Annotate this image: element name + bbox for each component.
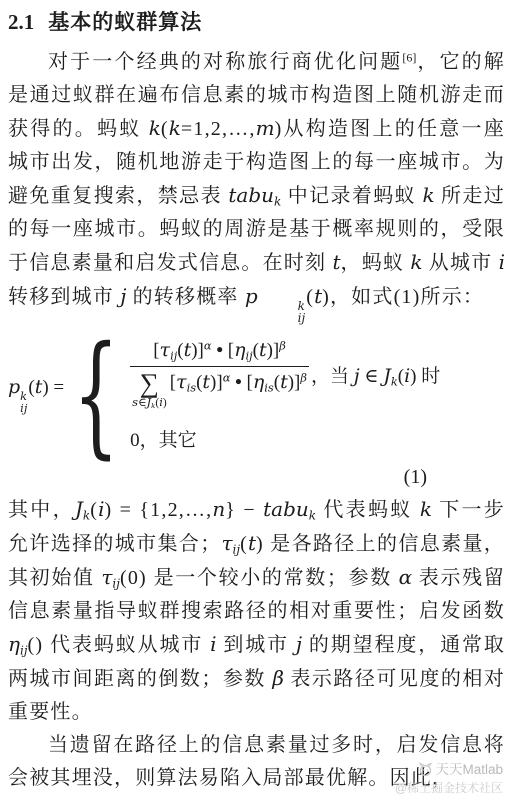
- sigma-symbol: ∑: [140, 371, 159, 395]
- paragraph-2: 其中，Jk(i) = {1,2,…,n} − tabuk 代表蚂蚁 k 下一步允…: [8, 493, 505, 729]
- watermark-line-1: 天天Matlab: [395, 761, 503, 782]
- equation-case-2: 0，其它: [130, 425, 440, 452]
- fraction: [τij(t)]α • [ηij(t)]β ∑ s∈Jk(i) [τis(t)]…: [130, 339, 309, 410]
- case-1-condition: ，当 j ∈ Jk(i) 时: [311, 361, 440, 388]
- watermark-brand: 天天Matlab: [435, 762, 503, 777]
- watermark-logo-icon: [418, 762, 433, 782]
- section-number: 2.1: [8, 10, 34, 34]
- curly-brace: {: [73, 333, 119, 458]
- equation-1: pkij(t) = { [τij(t)]α • [ηij(t)]β ∑ s∈Jk…: [8, 333, 505, 489]
- denominator-expression: [τis(t)]α • [ηis(t)]β: [170, 371, 307, 394]
- fraction-denominator: ∑ s∈Jk(i) [τis(t)]α • [ηis(t)]β: [130, 366, 309, 410]
- watermark: 天天Matlab @稀土掘金技术社区: [395, 761, 503, 797]
- watermark-community: @稀土掘金技术社区: [395, 781, 503, 797]
- equation-case-1: [τij(t)]α • [ηij(t)]β ∑ s∈Jk(i) [τis(t)]…: [130, 339, 440, 410]
- section-heading: 2.1基本的蚁群算法: [8, 8, 505, 36]
- summation: ∑ s∈Jk(i): [132, 371, 167, 410]
- equation-1-body: pkij(t) = { [τij(t)]α • [ηij(t)]β ∑ s∈Jk…: [8, 333, 505, 458]
- document-page: 2.1基本的蚁群算法 对于一个经典的对称旅行商优化问题[6]，它的解是通过蚁群在…: [0, 0, 512, 803]
- section-title: 基本的蚁群算法: [48, 10, 202, 34]
- fraction-numerator: [τij(t)]α • [ηij(t)]β: [149, 339, 290, 366]
- summation-limits: s∈Jk(i): [132, 397, 167, 410]
- equation-cases: [τij(t)]α • [ηij(t)]β ∑ s∈Jk(i) [τis(t)]…: [130, 339, 440, 452]
- paragraph-1: 对于一个经典的对称旅行商优化问题[6]，它的解是通过蚁群在遍布信息素的城市构造图…: [8, 46, 505, 325]
- equation-lhs: pkij(t) =: [8, 376, 64, 414]
